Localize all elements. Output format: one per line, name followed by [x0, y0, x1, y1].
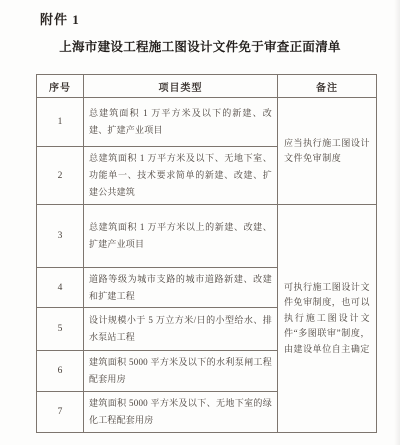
row-3-project-type: 总建筑面积 1 万平方米以上的新建、改建、扩建产业项目	[84, 205, 278, 268]
row-6-serial: 6	[37, 351, 84, 392]
exemption-list-table: 序号 项目类型 备注 1 总建筑面积 1 万平方米及以下的新建、改建、扩建产业项…	[36, 74, 377, 433]
row-7-project-type: 建筑面积 5000 平方米及以下、无地下室的绿化工程配套用房	[84, 392, 278, 433]
table-row: 1 总建筑面积 1 万平方米及以下的新建、改建、扩建产业项目 应当执行施工图设计…	[37, 98, 377, 147]
column-header-project-type: 项目类型	[84, 75, 278, 98]
attachment-label: 附件 1	[40, 9, 80, 28]
column-header-remark: 备注	[278, 75, 377, 98]
row-2-project-type: 总建筑面积 1 万平方米及以下、无地下室、功能单一、技术要求简单的新建、改建、扩…	[84, 147, 278, 205]
row-1-project-type: 总建筑面积 1 万平方米及以下的新建、改建、扩建产业项目	[84, 98, 278, 147]
row-4-project-type: 道路等级为城市支路的城市道路新建、改建和扩建工程	[84, 268, 278, 308]
row-1-serial: 1	[37, 98, 84, 147]
row-5-serial: 5	[37, 308, 84, 351]
row-3-serial: 3	[37, 205, 84, 268]
table-header-row: 序号 项目类型 备注	[37, 75, 377, 98]
row-4-serial: 4	[37, 268, 84, 308]
row-2-serial: 2	[37, 147, 84, 205]
page-title: 上海市建设工程施工图设计文件免于审查正面清单	[0, 37, 400, 55]
row-5-project-type: 设计规模小于 5 万立方米/日的小型给水、排水泵站工程	[84, 308, 278, 351]
scan-edge-shading	[394, 0, 400, 445]
column-header-serial: 序号	[37, 75, 84, 98]
remark-cell-rows-3-7: 可执行施工图设计文件免审制度，也可以执行施工图设计文件“多图联审”制度，由建设单…	[278, 205, 377, 433]
row-6-project-type: 建筑面积 5000 平方米及以下的水利泵闸工程配套用房	[84, 351, 278, 392]
table-row: 3 总建筑面积 1 万平方米以上的新建、改建、扩建产业项目 可执行施工图设计文件…	[37, 205, 377, 268]
remark-cell-rows-1-2: 应当执行施工图设计文件免审制度	[278, 98, 377, 205]
row-7-serial: 7	[37, 392, 84, 433]
